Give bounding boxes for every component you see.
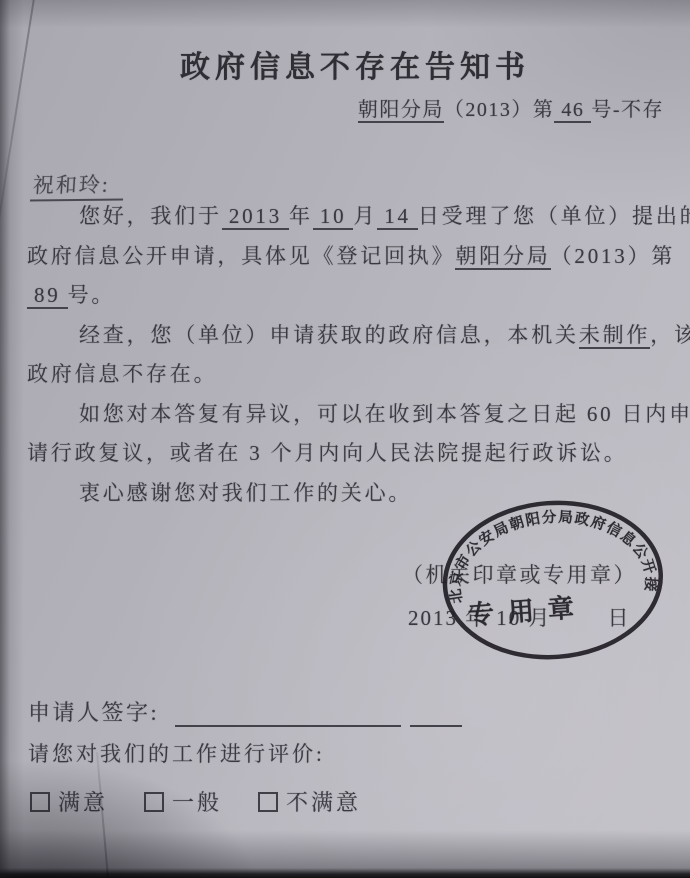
- body-line: 经查，您（单位）申请获取的政府信息，本机关未制作，该: [27, 316, 690, 356]
- recipient-name: 祝和玲:: [30, 169, 125, 200]
- document-body: 您好，我们于2013年10月14日受理了您（单位）提出的 政府信息公开申请，具体…: [27, 197, 690, 513]
- signature-label: 申请人签字:: [28, 700, 159, 725]
- stamp-svg: 北京市公安局朝阳分局政府信息公开接待室 专用章: [430, 488, 675, 676]
- signature-blank-line: [410, 701, 462, 727]
- body-line: 政府信息不存在。: [27, 355, 690, 395]
- checkbox-icon: [144, 792, 164, 812]
- checkbox-icon: [258, 792, 278, 812]
- body-line: 您好，我们于2013年10月14日受理了您（单位）提出的: [27, 197, 690, 237]
- evaluation-option: 一般: [144, 786, 222, 817]
- option-label: 满意: [58, 786, 108, 817]
- docnum-serial: 46: [554, 99, 591, 123]
- checkbox-icon: [30, 792, 50, 812]
- underlined-field: 10: [313, 204, 354, 230]
- docnum-middle: （2013）第: [444, 99, 555, 121]
- document-title: 政府信息不存在告知书: [180, 42, 530, 86]
- body-line: 政府信息公开申请，具体见《登记回执》朝阳分局（2013）第: [27, 237, 690, 277]
- body-line: 如您对本答复有异议，可以在收到本答复之日起 60 日内申: [27, 395, 690, 435]
- stamp-center-text: 专用章: [467, 592, 589, 630]
- evaluation-option: 不满意: [258, 786, 361, 817]
- signature-line: 申请人签字:: [28, 696, 462, 727]
- body-line: 请行政复议，或者在 3 个月内向人民法院提起行政诉讼。: [27, 434, 690, 474]
- document-number: 朝阳分局（2013）第46号-不存: [358, 93, 664, 122]
- evaluation-options: 满意 一般 不满意: [30, 786, 361, 817]
- official-stamp: 北京市公安局朝阳分局政府信息公开接待室 专用章: [430, 488, 675, 676]
- evaluation-prompt: 请您对我们的工作进行评价:: [28, 738, 325, 768]
- stamp-arc-text: 北京市公安局朝阳分局政府信息公开接待室: [430, 488, 660, 609]
- underlined-field: 2013: [222, 204, 289, 230]
- evaluation-option: 满意: [30, 786, 108, 817]
- document-photo: 政府信息不存在告知书 朝阳分局（2013）第46号-不存 祝和玲: 您好，我们于…: [0, 0, 690, 878]
- underlined-field: 14: [377, 204, 418, 230]
- docnum-bureau: 朝阳分局: [358, 99, 444, 123]
- body-line: 89号。: [27, 276, 690, 316]
- signature-blank-line: [175, 701, 401, 727]
- option-label: 不满意: [286, 786, 361, 817]
- option-label: 一般: [172, 786, 222, 817]
- underlined-field: 89: [27, 283, 68, 309]
- underlined-field: 朝阳分局: [455, 244, 550, 270]
- underlined-field: 未制作: [579, 323, 650, 349]
- docnum-suffix: 号-不存: [591, 99, 664, 121]
